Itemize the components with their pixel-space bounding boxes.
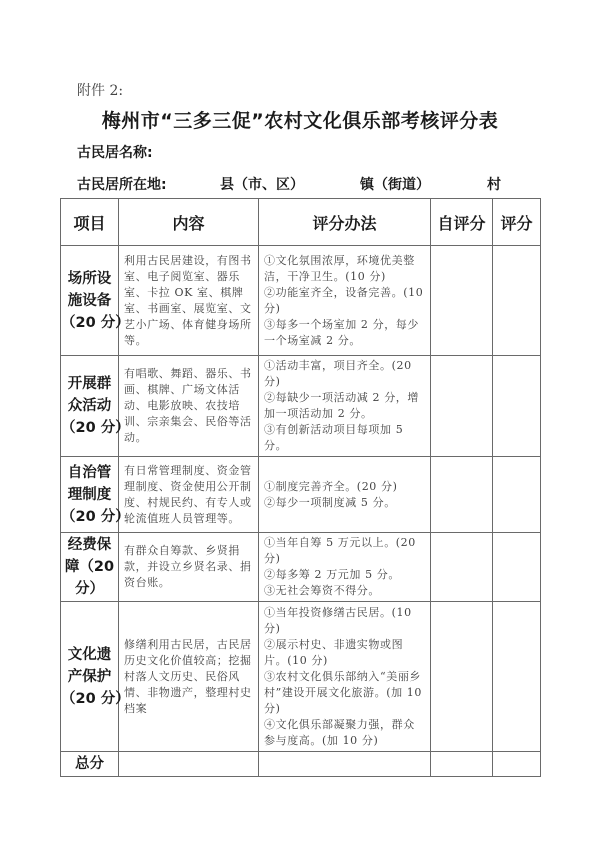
item-cell: 场所设 施设备 （20 分） [61, 246, 119, 356]
content-cell: 修缮利用古民居，古民居历史文化价值较高；挖掘村落人文历史、民俗风情、非物遗产，整… [119, 602, 259, 752]
total-self-score-input[interactable] [431, 752, 493, 777]
header-method: 评分办法 [259, 199, 431, 246]
table-row: 开展群 众活动 （20 分） 有唱歌、舞蹈、器乐、书画、棋牌、广场文体活动、电影… [61, 356, 541, 457]
score-input[interactable] [493, 356, 541, 457]
county-label: 县（市、区） [220, 174, 304, 194]
table-row: 自治管 理制度 （20 分） 有日常管理制度、资金管理制度、资金使用公开制度、村… [61, 457, 541, 533]
content-cell: 有群众自筹款、乡贤捐款，并设立乡贤名录、捐资台账。 [119, 533, 259, 602]
score-input[interactable] [493, 533, 541, 602]
total-content-cell [119, 752, 259, 777]
table-row: 文化遗 产保护 （20 分） 修缮利用古民居，古民居历史文化价值较高；挖掘村落人… [61, 602, 541, 752]
table-row: 经费保 障（20 分） 有群众自筹款、乡贤捐款，并设立乡贤名录、捐资台账。 ①当… [61, 533, 541, 602]
header-self-score: 自评分 [431, 199, 493, 246]
self-score-input[interactable] [431, 533, 493, 602]
self-score-input[interactable] [431, 457, 493, 533]
content-cell: 有唱歌、舞蹈、器乐、书画、棋牌、广场文体活动、电影放映、农技培训、宗亲集会、民俗… [119, 356, 259, 457]
item-cell: 经费保 障（20 分） [61, 533, 119, 602]
score-input[interactable] [493, 602, 541, 752]
town-label: 镇（街道） [360, 174, 430, 194]
item-cell: 文化遗 产保护 （20 分） [61, 602, 119, 752]
residence-location-line: 古民居所在地: 县（市、区） 镇（街道） 村 [77, 174, 537, 194]
attachment-label: 附件 2: [77, 80, 123, 100]
table-header-row: 项目 内容 评分办法 自评分 评分 [61, 199, 541, 246]
self-score-input[interactable] [431, 246, 493, 356]
header-content: 内容 [119, 199, 259, 246]
self-score-input[interactable] [431, 356, 493, 457]
method-cell: ①当年投资修缮古民居。(10 分) ②展示村史、非遗实物或图片。(10 分) ③… [259, 602, 431, 752]
total-label: 总分 [61, 752, 119, 777]
scoring-table: 项目 内容 评分办法 自评分 评分 场所设 施设备 （20 分） 利用古民居建设… [60, 198, 541, 777]
method-cell: ①活动丰富，项目齐全。(20 分) ②每缺少一项活动减 2 分，增加一项活动加 … [259, 356, 431, 457]
item-cell: 自治管 理制度 （20 分） [61, 457, 119, 533]
method-cell: ①当年自筹 5 万元以上。(20 分) ②每多筹 2 万元加 5 分。 ③无社会… [259, 533, 431, 602]
village-label: 村 [487, 174, 501, 194]
total-row: 总分 [61, 752, 541, 777]
content-cell: 利用古民居建设，有图书室、电子阅览室、器乐室、卡拉 OK 室、棋牌室、书画室、展… [119, 246, 259, 356]
method-cell: ①文化氛围浓厚，环境优美整洁，干净卫生。(10 分) ②功能室齐全，设备完善。(… [259, 246, 431, 356]
self-score-input[interactable] [431, 602, 493, 752]
page-title: 梅州市“三多三促”农村文化俱乐部考核评分表 [0, 106, 600, 133]
header-item: 项目 [61, 199, 119, 246]
item-cell: 开展群 众活动 （20 分） [61, 356, 119, 457]
method-cell: ①制度完善齐全。(20 分) ②每少一项制度减 5 分。 [259, 457, 431, 533]
total-score-input[interactable] [493, 752, 541, 777]
score-input[interactable] [493, 457, 541, 533]
content-cell: 有日常管理制度、资金管理制度、资金使用公开制度、村规民约、有专人或轮流值班人员管… [119, 457, 259, 533]
header-score: 评分 [493, 199, 541, 246]
location-label: 古民居所在地: [77, 174, 167, 194]
residence-name-label: 古民居名称: [77, 142, 153, 162]
score-input[interactable] [493, 246, 541, 356]
table-row: 场所设 施设备 （20 分） 利用古民居建设，有图书室、电子阅览室、器乐室、卡拉… [61, 246, 541, 356]
total-method-cell [259, 752, 431, 777]
